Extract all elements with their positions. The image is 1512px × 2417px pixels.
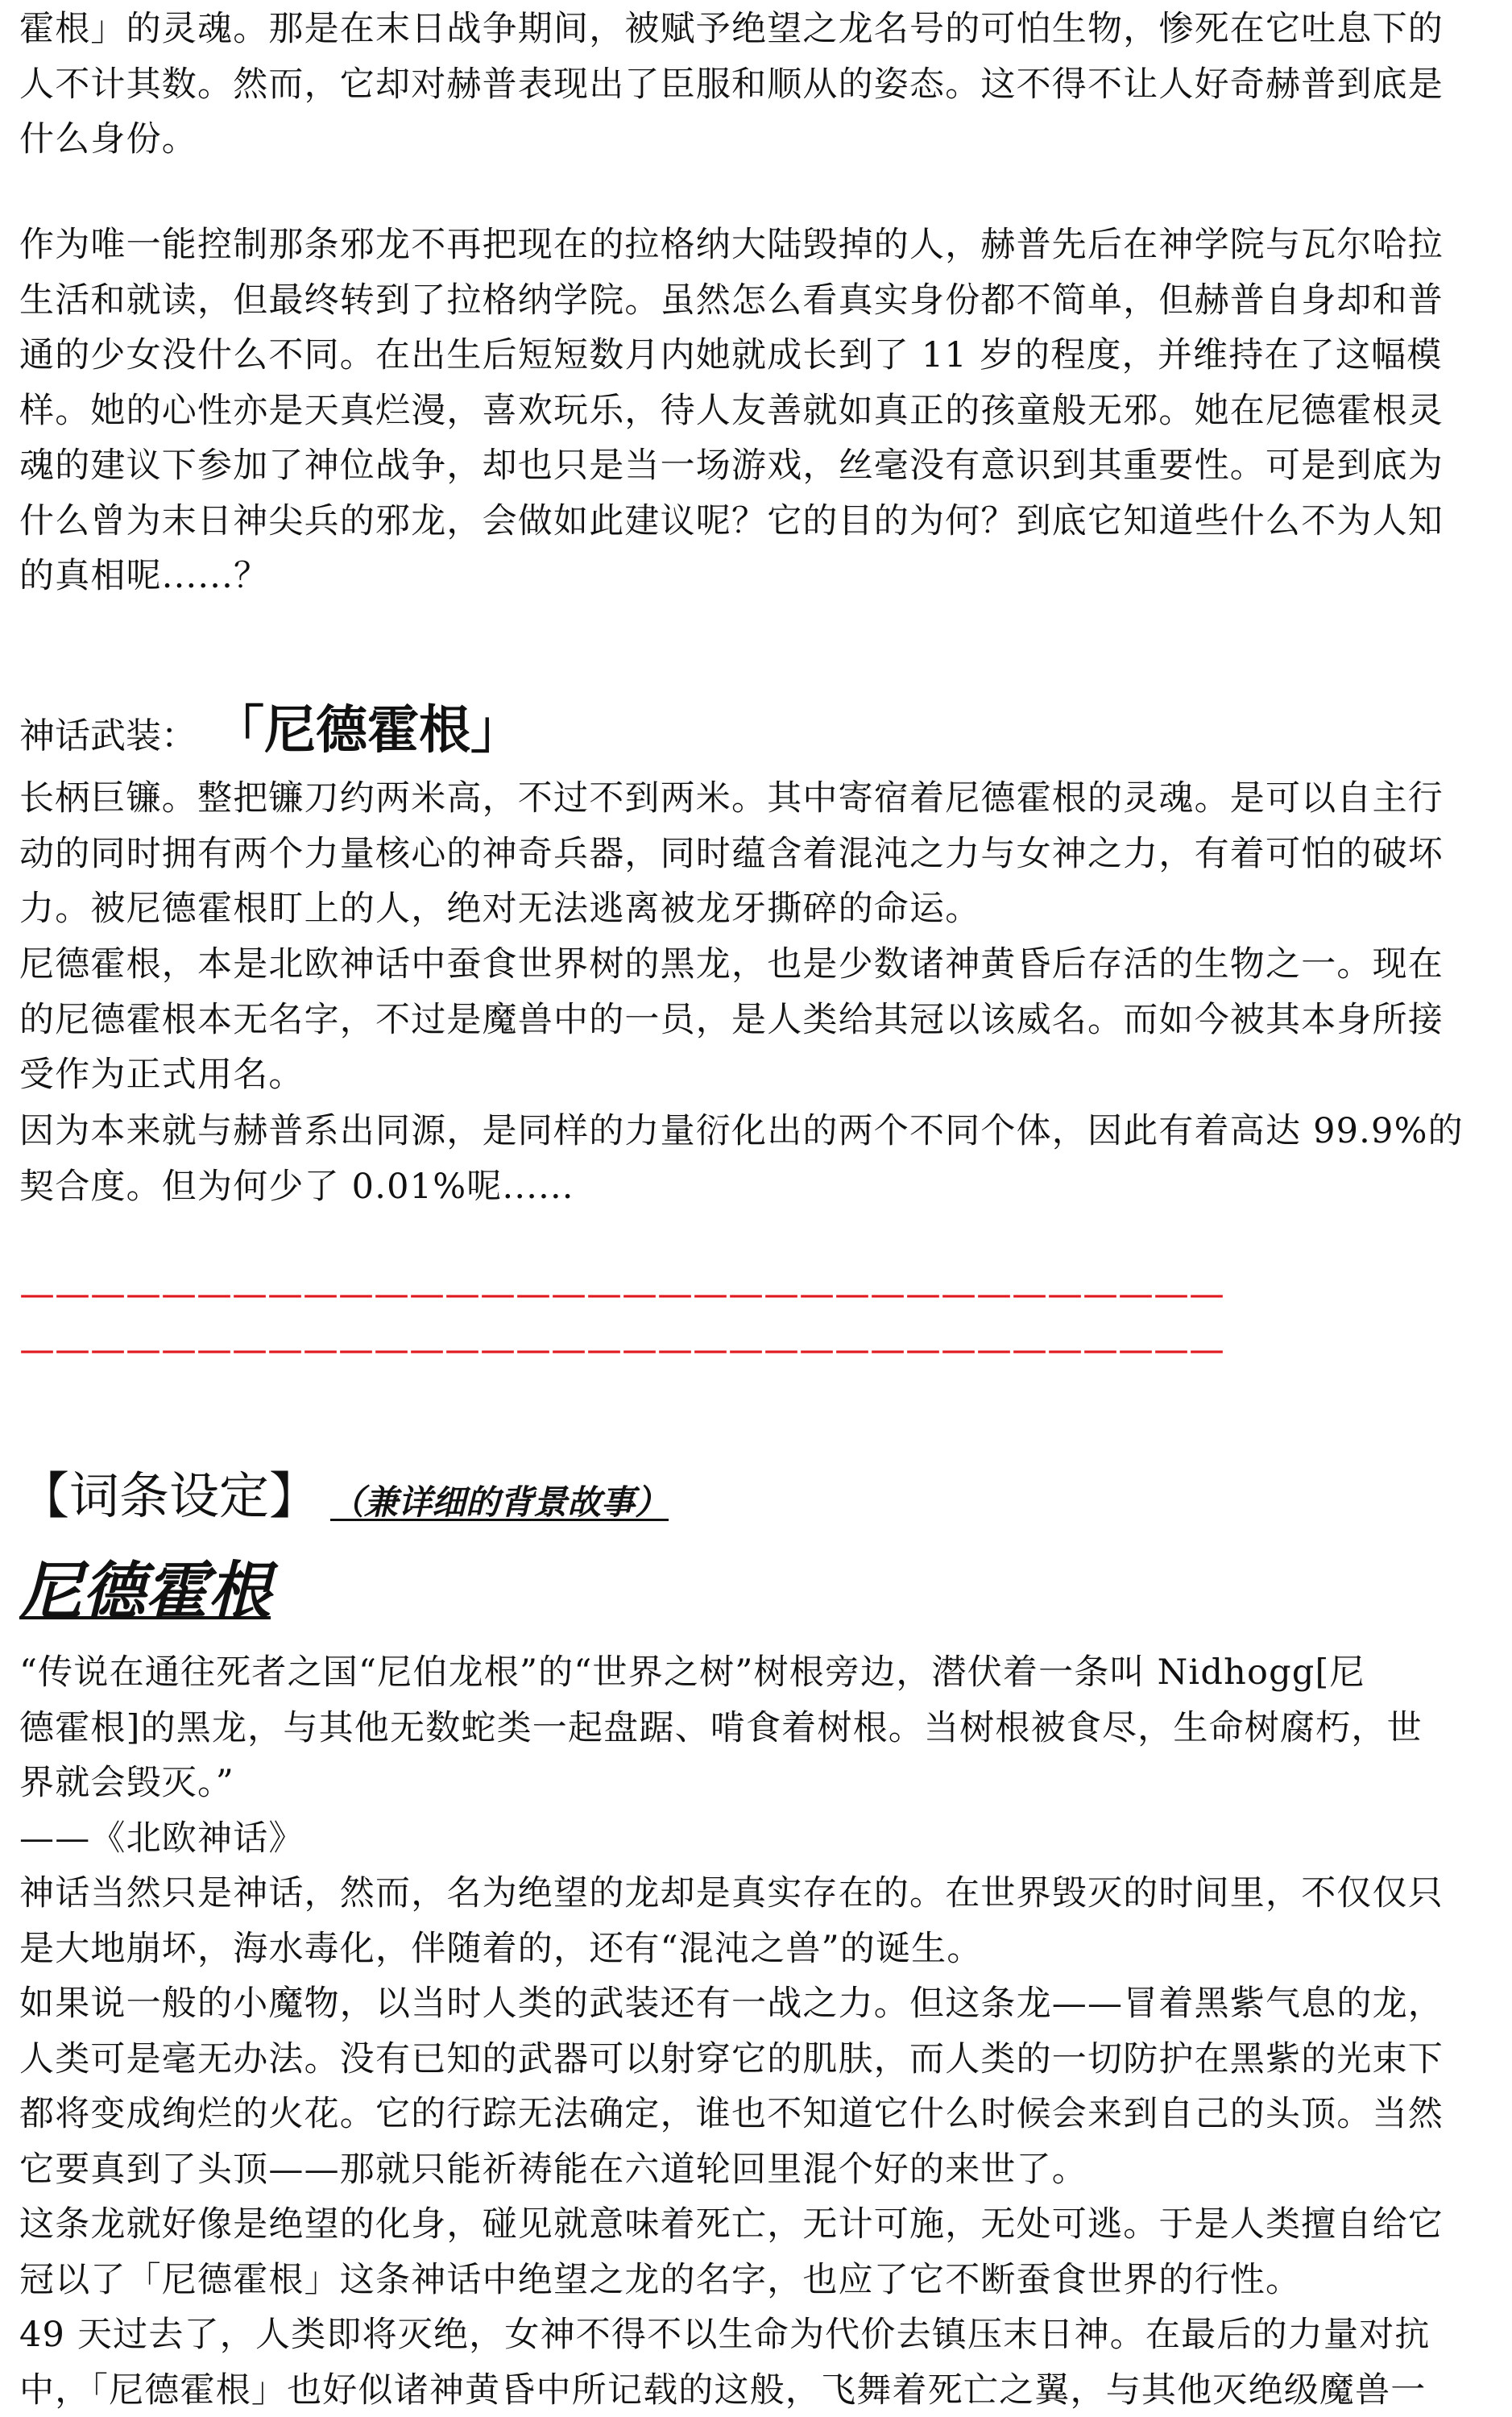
text-line: 生活和就读，但最终转到了拉格纳学院。虽然怎么看真实身份都不简单，但赫普自身却和普 bbox=[19, 273, 1493, 329]
text-line: 的真相呢......？ bbox=[19, 549, 1493, 604]
quote-source: ——《北欧神话》 bbox=[19, 1811, 1493, 1867]
text-line: 这条龙就好像是绝望的化身，碰见就意味着死亡，无计可施，无处可逃。于是人类擅自给它 bbox=[19, 2197, 1493, 2253]
entry-title: 尼德霍根 bbox=[19, 1555, 271, 1629]
text-line: 作为唯一能控制那条邪龙不再把现在的拉格纳大陆毁掉的人，赫普先后在神学院与瓦尔哈拉 bbox=[19, 218, 1493, 273]
text-line: 的尼德霍根本无名字，不过是魔兽中的一员，是人类给其冠以该威名。而如今被其本身所接 bbox=[19, 993, 1493, 1048]
text-line: 样。她的心性亦是天真烂漫，喜欢玩乐，待人友善就如真正的孩童般无邪。她在尼德霍根灵 bbox=[19, 383, 1493, 439]
quote-line: 界就会毁灭。” bbox=[19, 1756, 1493, 1811]
weapon-heading-name: 「尼德霍根」 bbox=[213, 689, 522, 763]
text-line: 契合度。但为何少了 0.01%呢...... bbox=[19, 1159, 1493, 1215]
text-line: 都将变成绚烂的火花。它的行踪无法确定，谁也不知道它什么时候会来到自己的头顶。当然 bbox=[19, 2087, 1493, 2142]
text-line: 尼德霍根，本是北欧神话中蚕食世界树的黑龙，也是少数诸神黄昏后存活的生物之一。现在 bbox=[19, 937, 1493, 993]
text-line: 因为本来就与赫普系出同源，是同样的力量衍化出的两个不同个体，因此有着高达 99.… bbox=[19, 1104, 1493, 1159]
text-line: 什么曾为末日神尖兵的邪龙，会做如此建议呢？它的目的为何？到底它知道些什么不为人知 bbox=[19, 494, 1493, 549]
text-line: 长柄巨镰。整把镰刀约两米高，不过不到两米。其中寄宿着尼德霍根的灵魂。是可以自主行 bbox=[19, 771, 1493, 827]
text-line: 人不计其数。然而，它却对赫普表现出了臣服和顺从的姿态。这不得不让人好奇赫普到底是 bbox=[19, 57, 1493, 113]
document-page: 霍根」的灵魂。那是在末日战争期间，被赋予绝望之龙名号的可怕生物，惨死在它吐息下的… bbox=[0, 0, 1512, 2417]
weapon-paragraph-1: 长柄巨镰。整把镰刀约两米高，不过不到两米。其中寄宿着尼德霍根的灵魂。是可以自主行… bbox=[19, 771, 1493, 937]
text-line: 受作为正式用名。 bbox=[19, 1047, 1493, 1103]
text-line: 是大地崩坏，海水毒化，伴随着的，还有“混沌之兽”的诞生。 bbox=[19, 1922, 1493, 1977]
story-paragraph-4: 49 天过去了，人类即将灭绝，女神不得不以生命为代价去镇压末日神。在最后的力量对… bbox=[19, 2307, 1493, 2417]
weapon-paragraph-3: 因为本来就与赫普系出同源，是同样的力量衍化出的两个不同个体，因此有着高达 99.… bbox=[19, 1104, 1493, 1214]
story-paragraph-1: 神话当然只是神话，然而，名为绝望的龙却是真实存在的。在世界毁灭的时间里，不仅仅只… bbox=[19, 1866, 1493, 1976]
text-line: 神话当然只是神话，然而，名为绝望的龙却是真实存在的。在世界毁灭的时间里，不仅仅只 bbox=[19, 1866, 1493, 1922]
text-line: 通的少女没什么不同。在出生后短短数月内她就成长到了 11 岁的程度，并维持在了这… bbox=[19, 328, 1493, 383]
text-line: 力。被尼德霍根盯上的人，绝对无法逃离被龙牙撕碎的命运。 bbox=[19, 881, 1493, 937]
intro-paragraph-1: 霍根」的灵魂。那是在末日战争期间，被赋予绝望之龙名号的可怕生物，惨死在它吐息下的… bbox=[19, 2, 1493, 168]
text-line: 霍根」的灵魂。那是在末日战争期间，被赋予绝望之龙名号的可怕生物，惨死在它吐息下的 bbox=[19, 2, 1493, 57]
text-line: 49 天过去了，人类即将灭绝，女神不得不以生命为代价去镇压末日神。在最后的力量对… bbox=[19, 2307, 1493, 2363]
text-line: 什么身份。 bbox=[19, 112, 1493, 168]
story-paragraph-3: 这条龙就好像是绝望的化身，碰见就意味着死亡，无计可施，无处可逃。于是人类擅自给它… bbox=[19, 2197, 1493, 2307]
intro-paragraph-2: 作为唯一能控制那条邪龙不再把现在的拉格纳大陆毁掉的人，赫普先后在神学院与瓦尔哈拉… bbox=[19, 218, 1493, 604]
text-line: 魂的建议下参加了神位战争，却也只是当一场游戏，丝毫没有意识到其重要性。可是到底为 bbox=[19, 438, 1493, 494]
text-line: 人类可是毫无办法。没有已知的武器可以射穿它的肌肤，而人类的一切防护在黑紫的光束下 bbox=[19, 2032, 1493, 2087]
quote-block: “传说在通往死者之国“尼伯龙根”的“世界之树”树根旁边，潜伏着一条叫 Nidho… bbox=[19, 1645, 1493, 1866]
quote-line: “传说在通往死者之国“尼伯龙根”的“世界之树”树根旁边，潜伏着一条叫 Nidho… bbox=[19, 1645, 1493, 1701]
text-line: 如果说一般的小魔物，以当时人类的武装还有一战之力。但这条龙——冒着黑紫气息的龙， bbox=[19, 1976, 1493, 2032]
text-line: 冠以了「尼德霍根」这条神话中绝望之龙的名字，也应了它不断蚕食世界的行性。 bbox=[19, 2253, 1493, 2308]
weapon-paragraph-2: 尼德霍根，本是北欧神话中蚕食世界树的黑龙，也是少数诸神黄昏后存活的生物之一。现在… bbox=[19, 937, 1493, 1103]
red-separator-line: —————————————————————————————————— bbox=[19, 1333, 1224, 1368]
story-paragraph-2: 如果说一般的小魔物，以当时人类的武装还有一战之力。但这条龙——冒着黑紫气息的龙，… bbox=[19, 1976, 1493, 2197]
section-heading-main: 【词条设定】 bbox=[19, 1466, 319, 1526]
quote-line: 德霍根]的黑龙，与其他无数蛇类一起盘踞、啃食着树根。当树根被食尽，生命树腐朽，世 bbox=[19, 1701, 1493, 1756]
section-heading-sub: （兼详细的背景故事） bbox=[330, 1482, 669, 1523]
text-line: 中，「尼德霍根」也好似诸神黄昏中所记载的这般，飞舞着死亡之翼，与其他灭绝级魔兽一 bbox=[19, 2363, 1493, 2417]
section-heading: 【词条设定】 （兼详细的背景故事） bbox=[19, 1466, 669, 1526]
weapon-heading-label: 神话武装： bbox=[19, 707, 197, 758]
text-line: 它要真到了头顶——那就只能祈祷能在六道轮回里混个好的来世了。 bbox=[19, 2142, 1493, 2198]
red-separator-line: —————————————————————————————————— bbox=[19, 1277, 1224, 1312]
text-line: 动的同时拥有两个力量核心的神奇兵器，同时蕴含着混沌之力与女神之力，有着可怕的破坏 bbox=[19, 827, 1493, 882]
weapon-heading: 神话武装： 「尼德霍根」 bbox=[19, 689, 522, 763]
